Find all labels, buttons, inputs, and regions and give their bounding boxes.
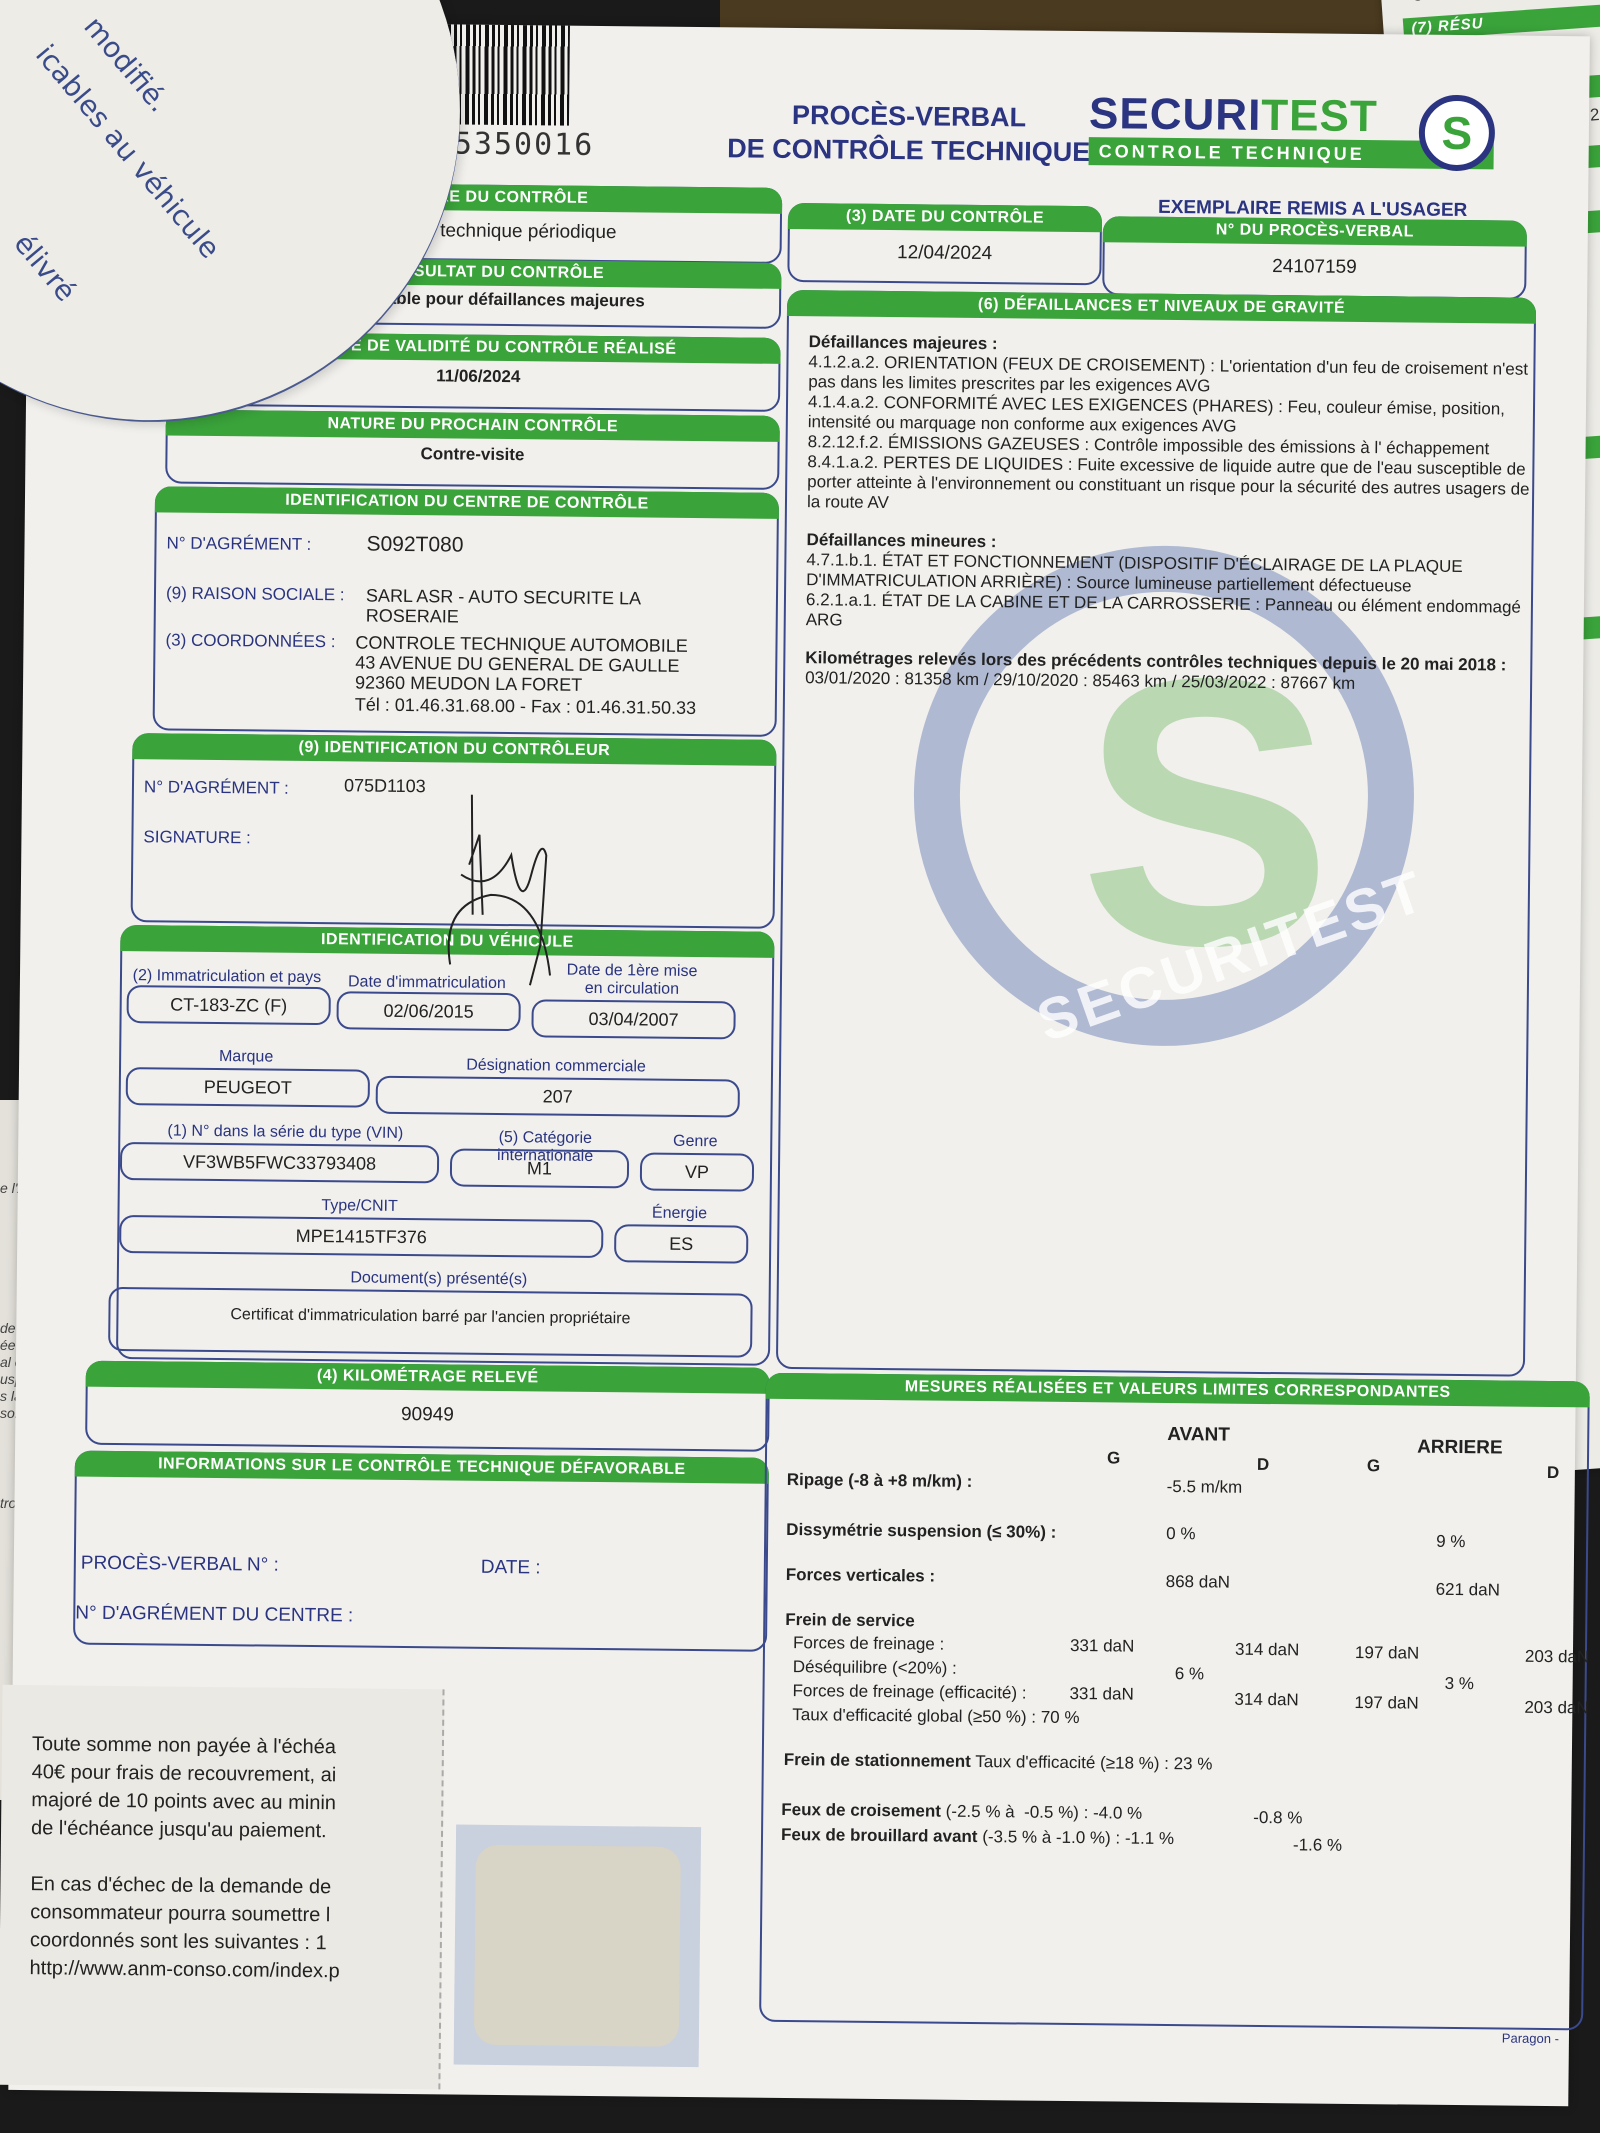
defaillance-majeure: 8.4.1.a.2. PERTES DE LIQUIDES : Fuite ex…	[807, 452, 1538, 520]
vin-label: (1) N° dans la série du type (VIN)	[125, 1122, 445, 1143]
marque-field: PEUGEOT	[126, 1067, 370, 1108]
brand-part-2: TEST	[1261, 91, 1378, 141]
kilometrage-box: (4) KILOMÉTRAGE RELEVÉ 90949	[85, 1361, 770, 1452]
deseq-av: 6 %	[1175, 1664, 1205, 1684]
frein-stat-value: Taux d'efficacité (≥18 %) : 23 %	[975, 1752, 1212, 1773]
deseq-ar: 3 %	[1445, 1674, 1475, 1694]
ff-av-d: 314 daN	[1235, 1640, 1299, 1661]
centre-agrement-label: N° D'AGRÉMENT :	[166, 533, 311, 555]
immat-label: (2) Immatriculation et pays	[127, 967, 327, 987]
type-field: MPE1415TF376	[119, 1215, 603, 1258]
footer-line: coordonnés sont les suivantes : 1	[30, 1926, 440, 1958]
genre-field: VP	[640, 1152, 754, 1191]
raison-sociale-label: (9) RAISON SOCIALE :	[166, 583, 345, 605]
energie-field: ES	[614, 1224, 748, 1263]
centre-controle-box: IDENTIFICATION DU CENTRE DE CONTRÔLE N° …	[153, 486, 780, 737]
marque-label: Marque	[126, 1047, 366, 1068]
section-header: IDENTIFICATION DU CENTRE DE CONTRÔLE	[155, 486, 779, 519]
section-header: NATURE DU PROCHAIN CONTRÔLE	[166, 409, 780, 441]
mesures-box: MESURES RÉALISÉES ET VALEURS LIMITES COR…	[759, 1373, 1590, 2031]
ripage-label: Ripage (-8 à +8 m/km) :	[787, 1470, 973, 1492]
signature-image	[400, 794, 602, 996]
title-line-1: PROCÈS-VERBAL	[699, 97, 1119, 135]
ff-label: Forces de freinage :	[793, 1633, 944, 1655]
pv-number-label: PROCÈS-VERBAL N° :	[81, 1553, 279, 1577]
ff-av-g: 331 daN	[1070, 1636, 1134, 1657]
avant-header: AVANT	[1167, 1424, 1230, 1447]
deseq-label: Déséquilibre (<20%) :	[793, 1657, 957, 1679]
section-header: MESURES RÉALISÉES ET VALEURS LIMITES COR…	[766, 1373, 1590, 1408]
ffe-label: Forces de freinage (efficacité) :	[792, 1681, 1026, 1703]
bg-text: 2	[1589, 105, 1600, 126]
feux-crois-title: Feux de croisement	[781, 1800, 941, 1821]
pv-date-label: DATE :	[481, 1557, 541, 1580]
genre-label: Genre	[640, 1132, 750, 1151]
feux-crois-d: -0.8 %	[1253, 1808, 1302, 1829]
date-controle-value: 12/04/2024	[789, 241, 1099, 266]
taux-global: Taux d'efficacité global (≥50 %) : 70 %	[792, 1705, 1079, 1728]
designation-field: 207	[376, 1076, 740, 1118]
avant-d: D	[1257, 1455, 1269, 1475]
coordonnees-line-4: Tél : 01.46.31.68.00 - Fax : 01.46.31.50…	[355, 694, 696, 719]
section-header: (3) DATE DU CONTRÔLE	[788, 203, 1102, 232]
footer-line: majoré de 10 points avec au minin	[31, 1786, 441, 1818]
fv-label: Forces verticales :	[786, 1565, 936, 1587]
controleur-agrement-label: N° D'AGRÉMENT :	[144, 777, 289, 799]
fv-ar: 621 daN	[1436, 1580, 1500, 1601]
footer-line: de l'échéance jusqu'au paiement.	[31, 1814, 441, 1846]
fv-av: 868 daN	[1166, 1572, 1230, 1593]
signature-label: SIGNATURE :	[143, 827, 251, 848]
title-line-2: DE CONTRÔLE TECHNIQUE	[699, 131, 1119, 169]
arriere-g: G	[1367, 1456, 1380, 1476]
footer-line: Toute somme non payée à l'échéa	[32, 1730, 442, 1762]
date-mec-field: 03/04/2007	[531, 999, 735, 1039]
immat-field: CT-183-ZC (F)	[127, 985, 331, 1025]
ffe-av-g: 331 daN	[1069, 1684, 1133, 1705]
defaillances-list: Défaillances majeures : 4.1.2.a.2. ORIEN…	[805, 332, 1539, 696]
dissym-av: 0 %	[1166, 1524, 1196, 1544]
ff-ar-d: 203 daN	[1525, 1647, 1589, 1668]
energie-label: Énergie	[614, 1204, 744, 1223]
arriere-header: ARRIERE	[1417, 1437, 1503, 1460]
curl-text: élivré	[7, 227, 82, 308]
kilometrage-value: 90949	[87, 1401, 767, 1430]
avant-g: G	[1107, 1448, 1120, 1468]
brand-part-1: SECURI	[1089, 89, 1262, 140]
feux-brou-title: Feux de brouillard avant	[781, 1825, 978, 1846]
coordonnees-label: (3) COORDONNÉES :	[165, 630, 335, 652]
dissym-ar: 9 %	[1436, 1532, 1466, 1552]
footer-link[interactable]: http://www.anm-conso.com/index.p	[29, 1954, 439, 1986]
envelope-window	[454, 1825, 701, 2068]
section-header: INFORMATIONS SUR LE CONTRÔLE TECHNIQUE D…	[75, 1451, 769, 1484]
date-controle-box: (3) DATE DU CONTRÔLE 12/04/2024	[787, 203, 1102, 285]
dissym-label: Dissymétrie suspension (≤ 30%) :	[786, 1520, 1056, 1543]
section-header: (4) KILOMÉTRAGE RELEVÉ	[86, 1361, 770, 1394]
ffe-ar-g: 197 daN	[1354, 1693, 1418, 1714]
centre-agrement-value: S092T080	[366, 533, 463, 558]
num-pv-box: N° DU PROCÈS-VERBAL 24107159	[1102, 216, 1527, 299]
footer-line: En cas d'échec de la demande de	[30, 1870, 440, 1902]
section-header: (9) IDENTIFICATION DU CONTRÔLEUR	[132, 733, 776, 766]
agrement-centre-label: N° D'AGRÉMENT DU CENTRE :	[75, 1603, 353, 1628]
prochain-controle-value: Contre-visite	[167, 441, 777, 467]
coordonnees-line-3: 92360 MEUDON LA FORET	[355, 672, 582, 695]
raison-sociale-line-2: ROSERAIE	[366, 606, 459, 628]
prochain-controle-box: NATURE DU PROCHAIN CONTRÔLE Contre-visit…	[165, 409, 780, 489]
designation-label: Désignation commerciale	[376, 1056, 736, 1078]
info-defavorable-box: INFORMATIONS SUR LE CONTRÔLE TECHNIQUE D…	[73, 1451, 769, 1652]
footer-terms: Toute somme non payée à l'échéa 40€ pour…	[29, 1730, 442, 1986]
footer-line: 40€ pour frais de recouvrement, ai	[32, 1758, 442, 1790]
num-pv-value: 24107159	[1104, 254, 1524, 280]
frein-stat-title: Frein de stationnement	[784, 1750, 971, 1771]
document-title: PROCÈS-VERBAL DE CONTRÔLE TECHNIQUE	[699, 97, 1120, 169]
defaillances-box: (6) DÉFAILLANCES ET NIVEAUX DE GRAVITÉ S…	[776, 290, 1536, 1377]
printer-mark: Paragon -	[1502, 2031, 1559, 2047]
documents-field: Certificat d'immatriculation barré par l…	[108, 1287, 753, 1358]
categorie-field: M1	[450, 1148, 629, 1188]
section-header: N° DU PROCÈS-VERBAL	[1103, 216, 1527, 246]
frein-service-title: Frein de service	[785, 1610, 915, 1631]
ripage-value: -5.5 m/km	[1167, 1477, 1243, 1498]
bg-text: Contrôle	[1410, 0, 1476, 6]
ffe-av-d: 314 daN	[1234, 1690, 1298, 1711]
ff-ar-g: 197 daN	[1355, 1643, 1419, 1664]
vin-field: VF3WB5FWC33793408	[120, 1142, 439, 1183]
feux-brou-value: (-3.5 % à -1.0 %) : -1.1 %	[982, 1827, 1174, 1848]
feux-crois-value: (-2.5 % à -0.5 %) : -4.0 %	[946, 1802, 1143, 1823]
ffe-ar-d: 203 daN	[1524, 1698, 1588, 1719]
securitest-s-icon: S	[1418, 95, 1495, 172]
feux-brou-d: -1.6 %	[1293, 1835, 1342, 1856]
arriere-d: D	[1547, 1463, 1559, 1483]
type-label: Type/CNIT	[120, 1195, 600, 1218]
footer-line: consommateur pourra soumettre l	[30, 1898, 440, 1930]
date-immat-field: 02/06/2015	[336, 991, 520, 1031]
securitest-logo: SECURITEST CONTROLE TECHNIQUE S	[1088, 91, 1519, 185]
